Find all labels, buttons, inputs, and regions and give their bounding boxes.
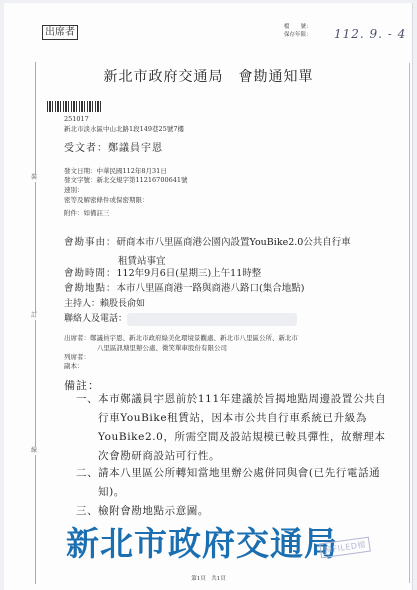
binding-mark: 線 <box>31 447 37 455</box>
postal-code: 251017 <box>64 115 89 123</box>
subject-value: 研商本市八里區商港公園內設置YouBike2.0公共自行車 <box>117 237 351 248</box>
remark-text: 本市鄭議員宇恩前於111年建議於旨揭地點周邊設置公共自行車YouBike租賃站，… <box>76 390 396 466</box>
location-value: 本市八里區商港一路與商港八路口(集合地點) <box>117 283 305 294</box>
binding-line <box>35 62 36 584</box>
host: 主持人：賴股長俞如 <box>64 298 145 311</box>
document-title: 新北市政府交通局 會勘通知單 <box>0 66 417 86</box>
subject-continued: 租賃站事宜 <box>118 253 166 267</box>
page-footer: 第1頁 共1頁 <box>0 574 417 582</box>
inspection-location: 會勘地點：本市八里區商港一路與商港八路口(集合地點) <box>64 282 304 295</box>
remark-number: 一、 <box>76 390 98 409</box>
barcode <box>47 101 103 112</box>
remark-item: 一、 本市鄭議員宇恩前於111年建議於旨揭地點周邊設置公共自行車YouBike租… <box>76 390 396 466</box>
doc-number: 發文字號：新北交規字第11216700641號 <box>64 176 188 185</box>
page-edge <box>409 63 410 583</box>
host-value: 賴股長俞如 <box>100 299 145 309</box>
copy-label: 副本： <box>64 362 84 371</box>
remark-number: 二、 <box>76 464 98 483</box>
subject: 會勘事由：研商本市八里區商港公園內設置YouBike2.0公共自行車 <box>64 236 351 249</box>
recipient: 受文者：鄭議員宇恩 <box>64 139 163 154</box>
security-level: 密等及解密條件或保密期限： <box>64 196 149 205</box>
attendees-line1: 鄭議員宇恩、新北市政府綠美化環境景觀處、新北市八里區公所、新北市 <box>90 334 298 342</box>
handwritten-note: 112. 9. - 4 <box>334 27 406 41</box>
observers-label: 列席者： <box>64 353 90 362</box>
attendees-label: 出席者： <box>64 334 90 342</box>
contact-label: 聯絡人及電話： <box>64 314 127 324</box>
address: 新北市淡水區中山北路1段149巷25號7樓 <box>64 124 184 133</box>
attendees: 出席者：鄭議員宇恩、新北市政府綠美化環境景觀處、新北市八里區公所、新北市 <box>64 334 298 343</box>
issue-date: 發文日期：中華民國112年8月31日 <box>64 167 167 176</box>
agency-seal: 新北市政府交通局 <box>66 518 338 565</box>
retention-label: 保存年限： <box>284 31 312 39</box>
inspection-time: 會勘時間：112年9月6日(星期三)上午11時整 <box>64 267 261 280</box>
remark-item: 二、 請本八里區公所轉知當地里辦公處併同與會(已先行電話通知)。 <box>76 464 396 502</box>
attendees-line2: 八里區訊塘里辦公處、微笑單車股份有限公司 <box>97 343 227 352</box>
file-meta: 檔 號： 保存年限： <box>284 23 312 39</box>
time-label: 會勘時間： <box>64 268 117 279</box>
subject-label: 會勘事由： <box>64 237 117 248</box>
location-label: 會勘地點： <box>64 283 117 294</box>
binding-mark: 訂 <box>31 312 37 320</box>
host-label: 主持人： <box>64 299 100 309</box>
remark-text: 請本八里區公所轉知當地里辦公處併同與會(已先行電話通知)。 <box>76 464 396 502</box>
contact: 聯絡人及電話： <box>64 313 297 326</box>
time-value: 112年9月6日(星期三)上午11時整 <box>117 268 262 279</box>
attendee-box: 出席者 <box>42 25 78 40</box>
file-no-label: 檔 號： <box>284 23 312 31</box>
attachment: 附件：如備註三 <box>64 209 110 218</box>
redacted-contact <box>127 313 297 326</box>
binding-mark: 裝 <box>31 174 37 182</box>
speed: 速別： <box>64 186 84 195</box>
